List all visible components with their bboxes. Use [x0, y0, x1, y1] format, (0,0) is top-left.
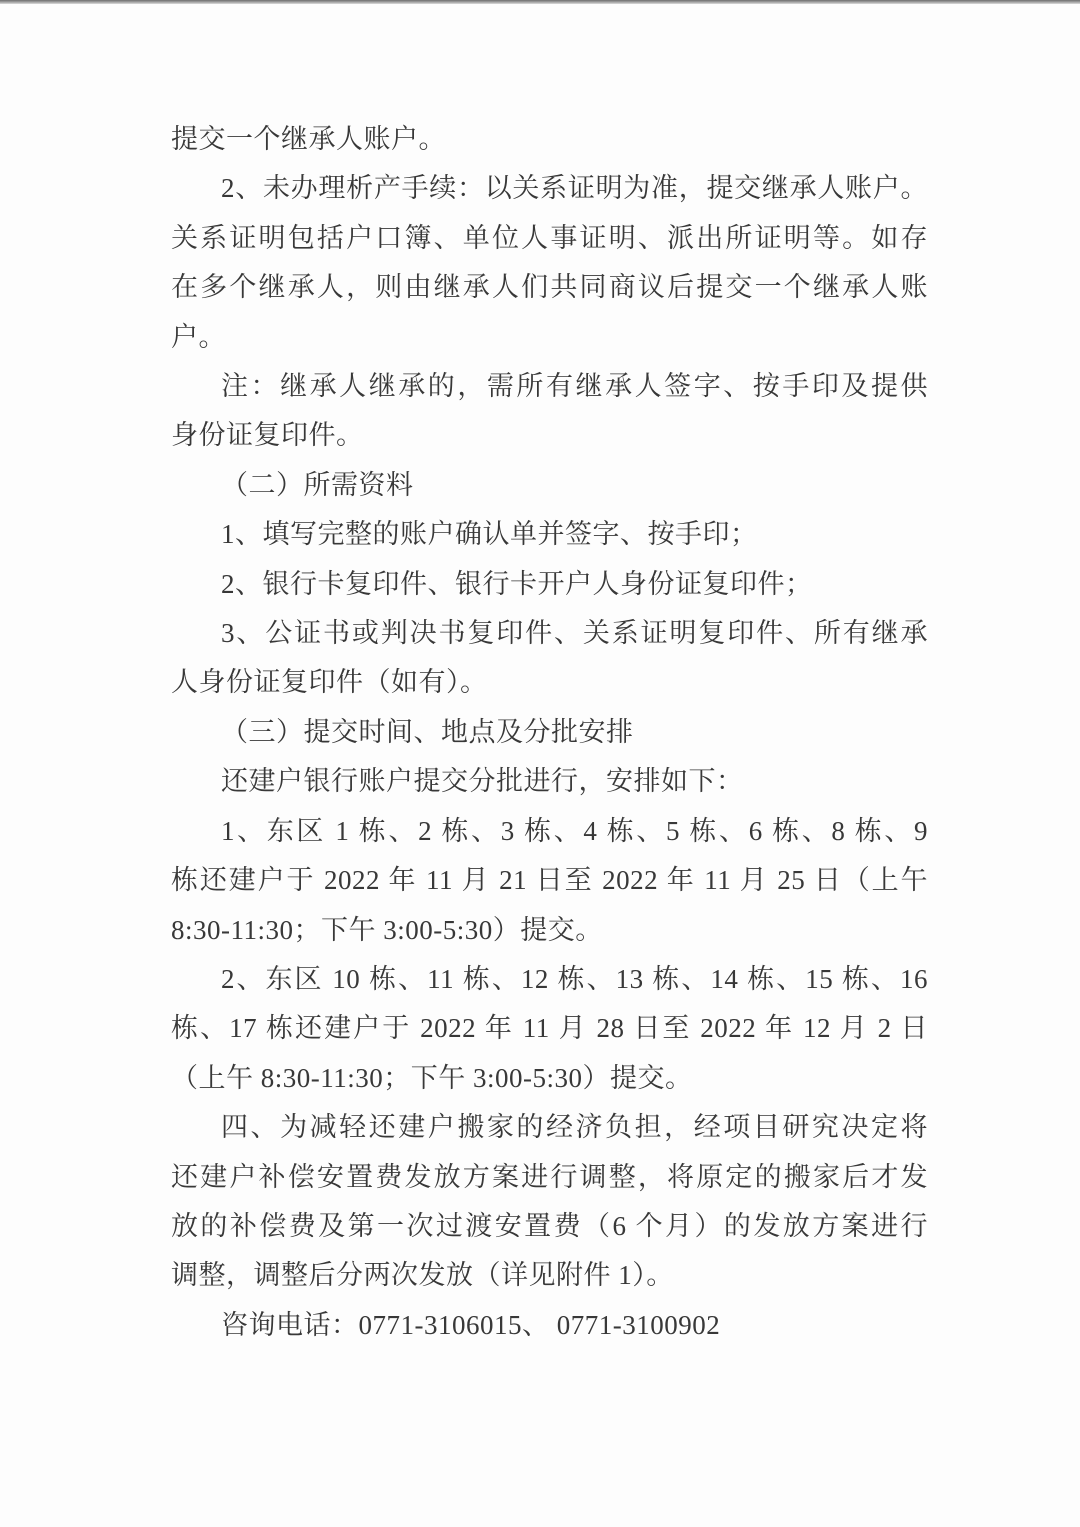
- text-line: 1、填写完整的账户确认单并签字、按手印；: [171, 510, 928, 559]
- text-line: 还建户补偿安置费发放方案进行调整，将原定的搬家后才发: [171, 1153, 928, 1202]
- text-line: 栋还建户于 2022 年 11 月 21 日至 2022 年 11 月 25 日…: [171, 856, 928, 905]
- section-heading: （二）所需资料: [171, 461, 928, 510]
- text-line: 还建户银行账户提交分批进行，安排如下：: [171, 757, 928, 806]
- section-heading: （三）提交时间、地点及分批安排: [171, 708, 928, 757]
- text-line: 身份证复印件。: [171, 411, 928, 460]
- contact-phone-line: 咨询电话：0771-3106015、 0771-3100902: [171, 1301, 928, 1350]
- text-line: （上午 8:30-11:30；下午 3:00-5:30）提交。: [171, 1054, 928, 1103]
- document-text-block: 提交一个继承人账户。 2、未办理析产手续：以关系证明为准，提交继承人账户。 关系…: [171, 115, 928, 1350]
- text-line: 3、公证书或判决书复印件、关系证明复印件、所有继承: [171, 609, 928, 658]
- scan-edge-artifact: [0, 0, 1080, 4]
- text-line: 2、未办理析产手续：以关系证明为准，提交继承人账户。: [171, 164, 928, 213]
- text-line: 户。: [171, 313, 928, 362]
- text-line: 提交一个继承人账户。: [171, 115, 928, 164]
- text-line: 2、银行卡复印件、银行卡开户人身份证复印件；: [171, 560, 928, 609]
- text-line: 注：继承人继承的，需所有继承人签字、按手印及提供: [171, 362, 928, 411]
- text-line: 2、东区 10 栋、11 栋、12 栋、13 栋、14 栋、15 栋、16: [171, 955, 928, 1004]
- text-line: 关系证明包括户口簿、单位人事证明、派出所证明等。如存: [171, 214, 928, 263]
- text-line: 人身份证复印件（如有）。: [171, 658, 928, 707]
- text-line: 在多个继承人，则由继承人们共同商议后提交一个继承人账: [171, 263, 928, 312]
- text-line: 8:30-11:30；下午 3:00-5:30）提交。: [171, 906, 928, 955]
- text-line: 调整，调整后分两次发放（详见附件 1）。: [171, 1251, 928, 1300]
- scanned-document-page: 提交一个继承人账户。 2、未办理析产手续：以关系证明为准，提交继承人账户。 关系…: [0, 0, 1080, 1527]
- text-line: 栋、17 栋还建户于 2022 年 11 月 28 日至 2022 年 12 月…: [171, 1004, 928, 1053]
- text-line: 四、为减轻还建户搬家的经济负担，经项目研究决定将: [171, 1103, 928, 1152]
- text-line: 放的补偿费及第一次过渡安置费（6 个月）的发放方案进行: [171, 1202, 928, 1251]
- text-line: 1、东区 1 栋、2 栋、3 栋、4 栋、5 栋、6 栋、8 栋、9: [171, 807, 928, 856]
